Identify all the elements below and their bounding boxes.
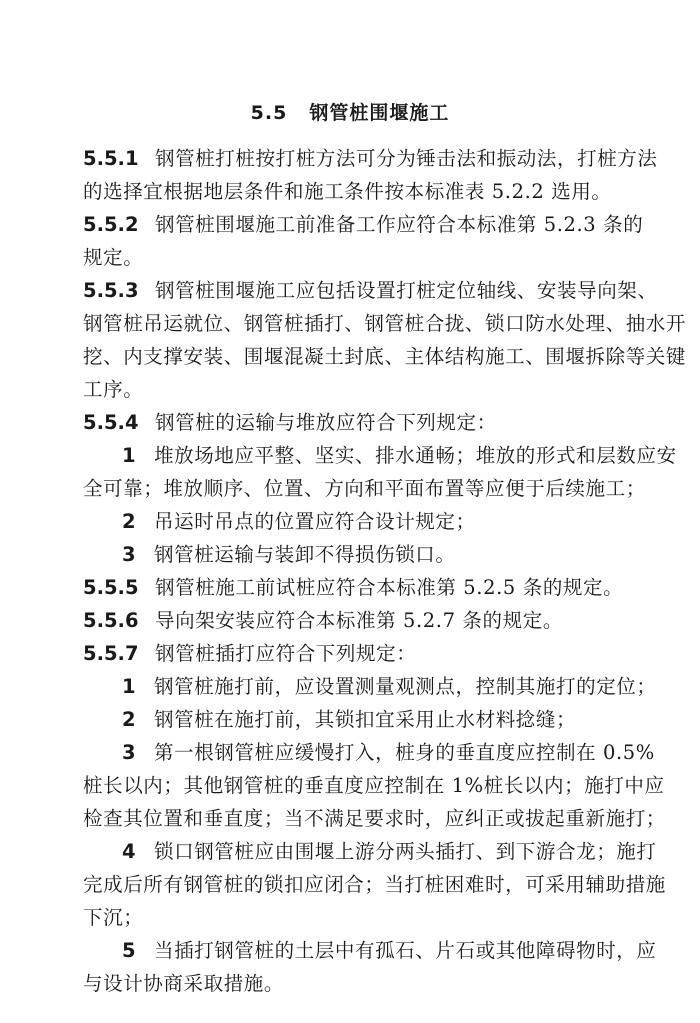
- clause-number: 5.5.3: [83, 278, 155, 304]
- clause-5-5-7-line-1: 5.5.7钢管桩插打应符合下列规定：: [83, 641, 645, 667]
- item-text: 锁口钢管桩应由围堰上游分两头插打、到下游合龙；施打: [154, 840, 657, 863]
- clause-5-5-3-line-4: 工序。: [83, 377, 645, 403]
- clause-text: 钢管桩围堰施工应包括设置打桩定位轴线、安装导向架、: [155, 279, 658, 302]
- clause-5-5-3-line-1: 5.5.3钢管桩围堰施工应包括设置打桩定位轴线、安装导向架、: [83, 278, 645, 304]
- clause-number: 5.5.1: [83, 146, 155, 172]
- item-text: 堆放场地应平整、坚实、排水通畅；堆放的形式和层数应安: [154, 444, 677, 467]
- item-text: 钢管桩在施打前，其锁扣宜采用止水材料捻缝；: [154, 708, 576, 731]
- clause-number: 5.5.5: [83, 575, 155, 601]
- clause-text: 钢管桩围堰施工前准备工作应符合本标准第 5.2.3 条的: [155, 213, 643, 236]
- clause-text: 钢管桩的运输与堆放应符合下列规定：: [155, 411, 497, 434]
- clause-5-5-3-line-3: 挖、内支撑安装、围堰混凝土封底、主体结构施工、围堰拆除等关键: [83, 344, 645, 370]
- clause-5-5-5: 5.5.5钢管桩施工前试桩应符合本标准第 5.2.5 条的规定。: [83, 575, 645, 601]
- clause-5-5-7-item-5-line-1: 5当插打钢管桩的土层中有孤石、片石或其他障碍物时，应: [122, 938, 645, 964]
- clause-5-5-7-item-3-line-1: 3第一根钢管桩应缓慢打入，桩身的垂直度应控制在 0.5%: [122, 740, 645, 766]
- section-number: 5.5: [251, 102, 288, 124]
- section-title: 5.5钢管桩围堰施工: [0, 98, 700, 125]
- item-number: 1: [122, 443, 154, 469]
- clause-text: 导向架安装应符合本标准第 5.2.7 条的规定。: [155, 609, 563, 632]
- clause-5-5-4-item-1-line-1: 1堆放场地应平整、坚实、排水通畅；堆放的形式和层数应安: [122, 443, 645, 469]
- clause-5-5-2-line-1: 5.5.2钢管桩围堰施工前准备工作应符合本标准第 5.2.3 条的: [83, 212, 645, 238]
- clause-5-5-1-line-1: 5.5.1钢管桩打桩按打桩方法可分为锤击法和振动法，打桩方法: [83, 146, 645, 172]
- clause-number: 5.5.4: [83, 410, 155, 436]
- clause-5-5-4-item-2: 2吊运时吊点的位置应符合设计规定；: [122, 509, 645, 535]
- clause-text: 钢管桩施工前试桩应符合本标准第 5.2.5 条的规定。: [155, 576, 623, 599]
- clause-5-5-4-line-1: 5.5.4钢管桩的运输与堆放应符合下列规定：: [83, 410, 645, 436]
- clause-5-5-1-line-2: 的选择宜根据地层条件和施工条件按本标准表 5.2.2 选用。: [83, 179, 645, 205]
- item-number: 3: [122, 542, 154, 568]
- item-number: 4: [122, 839, 154, 865]
- clause-5-5-7-item-5-line-2: 与设计协商采取措施。: [83, 971, 645, 997]
- clause-5-5-4-item-1-line-2: 全可靠；堆放顺序、位置、方向和平面布置等应便于后续施工；: [83, 476, 645, 502]
- item-text: 钢管桩运输与装卸不得损伤锁口。: [154, 543, 456, 566]
- clause-5-5-7-item-4-line-1: 4锁口钢管桩应由围堰上游分两头插打、到下游合龙；施打: [122, 839, 645, 865]
- clause-5-5-7-item-3-line-2: 桩长以内；其他钢管桩的垂直度应控制在 1%桩长以内；施打中应: [83, 773, 645, 799]
- clause-5-5-7-item-2: 2钢管桩在施打前，其锁扣宜采用止水材料捻缝；: [122, 707, 645, 733]
- item-text: 吊运时吊点的位置应符合设计规定；: [154, 510, 476, 533]
- clause-5-5-6: 5.5.6导向架安装应符合本标准第 5.2.7 条的规定。: [83, 608, 645, 634]
- document-page: 5.5钢管桩围堰施工 5.5.1钢管桩打桩按打桩方法可分为锤击法和振动法，打桩方…: [0, 0, 700, 1023]
- item-number: 2: [122, 509, 154, 535]
- clause-5-5-7-item-4-line-3: 下沉；: [83, 905, 645, 931]
- clause-number: 5.5.6: [83, 608, 155, 634]
- clause-5-5-7-item-1: 1钢管桩施打前，应设置测量观测点，控制其施打的定位；: [122, 674, 645, 700]
- clause-5-5-7-item-3-line-3: 检查其位置和垂直度；当不满足要求时，应纠正或拔起重新施打；: [83, 806, 645, 832]
- section-title-text: 钢管桩围堰施工: [309, 102, 449, 124]
- item-text: 当插打钢管桩的土层中有孤石、片石或其他障碍物时，应: [154, 939, 657, 962]
- clause-5-5-3-line-2: 钢管桩吊运就位、钢管桩插打、钢管桩合拢、锁口防水处理、抽水开: [83, 311, 645, 337]
- clause-number: 5.5.2: [83, 212, 155, 238]
- item-number: 1: [122, 674, 154, 700]
- clause-text: 钢管桩打桩按打桩方法可分为锤击法和振动法，打桩方法: [155, 147, 658, 170]
- clause-number: 5.5.7: [83, 641, 155, 667]
- clause-5-5-4-item-3: 3钢管桩运输与装卸不得损伤锁口。: [122, 542, 645, 568]
- item-number: 2: [122, 707, 154, 733]
- item-text: 钢管桩施打前，应设置测量观测点，控制其施打的定位；: [154, 675, 657, 698]
- clause-text: 钢管桩插打应符合下列规定：: [155, 642, 416, 665]
- item-number: 5: [122, 938, 154, 964]
- clause-5-5-7-item-4-line-2: 完成后所有钢管桩的锁扣应闭合；当打桩困难时，可采用辅助措施: [83, 872, 645, 898]
- item-text: 第一根钢管桩应缓慢打入，桩身的垂直度应控制在 0.5%: [154, 741, 655, 764]
- item-number: 3: [122, 740, 154, 766]
- clause-5-5-2-line-2: 规定。: [83, 245, 645, 271]
